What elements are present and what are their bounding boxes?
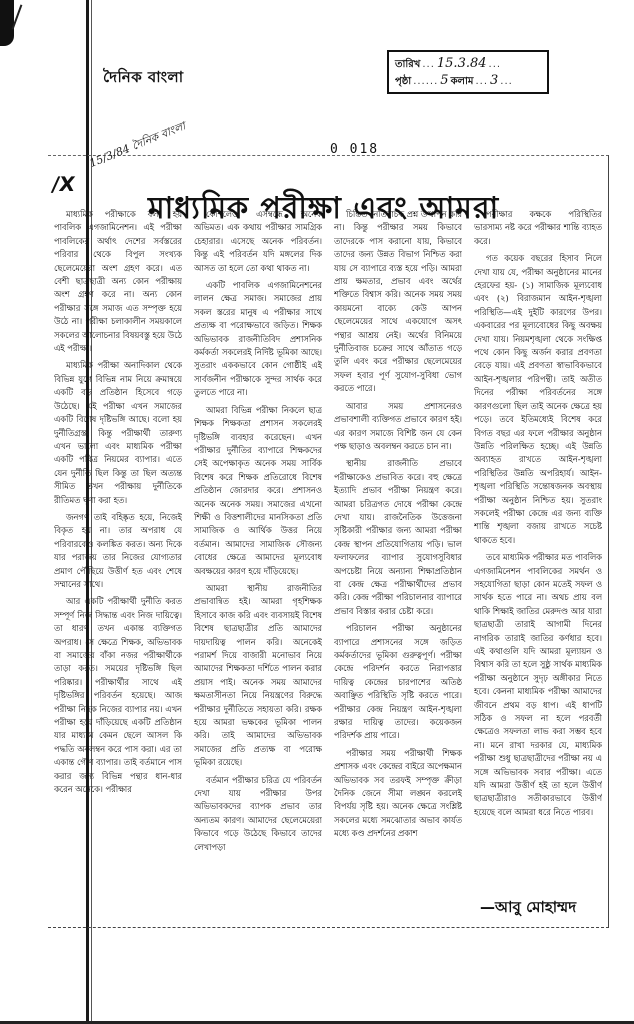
article-paragraph: আমরা বিভিন্ন পরীক্ষা নিকলে ছাত্র শিক্ষক …	[194, 404, 322, 578]
article-column-2: কৌশলেও এসম্বন্ধে অনেক অভিমত। এক কথায় পর…	[194, 208, 322, 908]
article-paragraph: আবার সময় প্রশাসনেরও প্রভাবশালী ব্যক্তিগ…	[334, 400, 462, 454]
stamp-dots: ...	[500, 74, 513, 90]
article-paragraph: আর একটি পরীক্ষার্থী দুর্নীতি করত সম্পূর্…	[54, 595, 182, 796]
article-paragraph: একটি পাবলিক এগজামিনেশনের লালন ক্ষেত্র সম…	[194, 279, 322, 400]
article-paragraph: পরীক্ষার সময় পরীক্ষার্থী শিক্ষক প্রশাসক…	[334, 747, 462, 841]
scan-corner-mark	[0, 0, 14, 46]
stamp-column-label: কলাম	[451, 74, 474, 90]
article-paragraph: তবে মাধ্যমিক পরীক্ষার মত পাবলিক এগজামিনে…	[474, 551, 602, 819]
stamp-page-value: 5	[440, 73, 448, 89]
article-paragraph: মাধ্যমিক পরীক্ষাকে বলা হয় পাবলিক এগজামি…	[54, 208, 182, 355]
article-column-4: পরীক্ষার কক্ষকে পরিস্থিতির ভারসাম্য নষ্ট…	[474, 208, 602, 908]
article-paragraph: আমরা স্থানীয় রাজনীতির প্রভাবান্বিত হই। …	[194, 582, 322, 770]
article-column-1: মাধ্যমিক পরীক্ষাকে বলা হয় পাবলিক এগজামি…	[54, 208, 182, 908]
clipping-date-stamp: তারিখ ... 15.3.84 ... পৃষ্ঠা ...... 5 কল…	[387, 50, 549, 94]
stamp-date-label: তারিখ	[395, 57, 420, 73]
stamp-dots: ...	[475, 74, 488, 90]
article-body-columns: মাধ্যমিক পরীক্ষাকে বলা হয় পাবলিক এগজামি…	[54, 208, 602, 908]
article-byline: —আবু মোহাম্মদ	[480, 896, 576, 921]
article-paragraph: মাধ্যমিক পরীক্ষা অনাদিকাল থেকে বিভিন্ন য…	[54, 359, 182, 506]
article-paragraph: গত কয়েক বছরের হিসাব নিলে দেখা যায় যে, …	[474, 252, 602, 547]
article-paragraph: জনগণ তাই বহিষ্কৃত হয়ে, নিজেই বিকৃত হয় …	[54, 511, 182, 591]
newspaper-masthead: দৈনিক বাংলা	[103, 66, 184, 91]
article-paragraph: বর্তমান পরীক্ষার চরিত্র যে পরিবর্তন দেখা…	[194, 774, 322, 854]
article-paragraph: কৌশলেও এসম্বন্ধে অনেক অভিমত। এক কথায় পর…	[194, 208, 322, 275]
stamp-date-row: তারিখ ... 15.3.84 ...	[395, 56, 541, 73]
stamp-date-value: 15.3.84	[437, 56, 487, 72]
stamp-page-row: পৃষ্ঠা ...... 5 কলাম ... 3 ...	[395, 73, 541, 90]
article-paragraph: চিন্তিত নেতিবাচক প্রশ্ন উত্থাপন করি না। …	[334, 208, 462, 396]
article-column-3: চিন্তিত নেতিবাচক প্রশ্ন উত্থাপন করি না। …	[334, 208, 462, 908]
stamp-page-label: পৃষ্ঠা	[395, 74, 411, 90]
article-paragraph: স্থানীয় রাজনীতি প্রভাবে পরীক্ষাকেও প্রভ…	[334, 457, 462, 618]
article-paragraph: পরিচালন পরীক্ষা অনুষ্ঠানের ব্যাপারে প্রশ…	[334, 622, 462, 743]
stamp-dots: ......	[413, 74, 438, 90]
stamp-dots: ...	[489, 57, 502, 73]
stamp-dots: ...	[422, 57, 435, 73]
article-paragraph: পরীক্ষার কক্ষকে পরিস্থিতির ভারসাম্য নষ্ট…	[474, 208, 602, 248]
stamp-column-value: 3	[490, 73, 498, 89]
handwritten-clip-mark: /X	[50, 172, 76, 196]
